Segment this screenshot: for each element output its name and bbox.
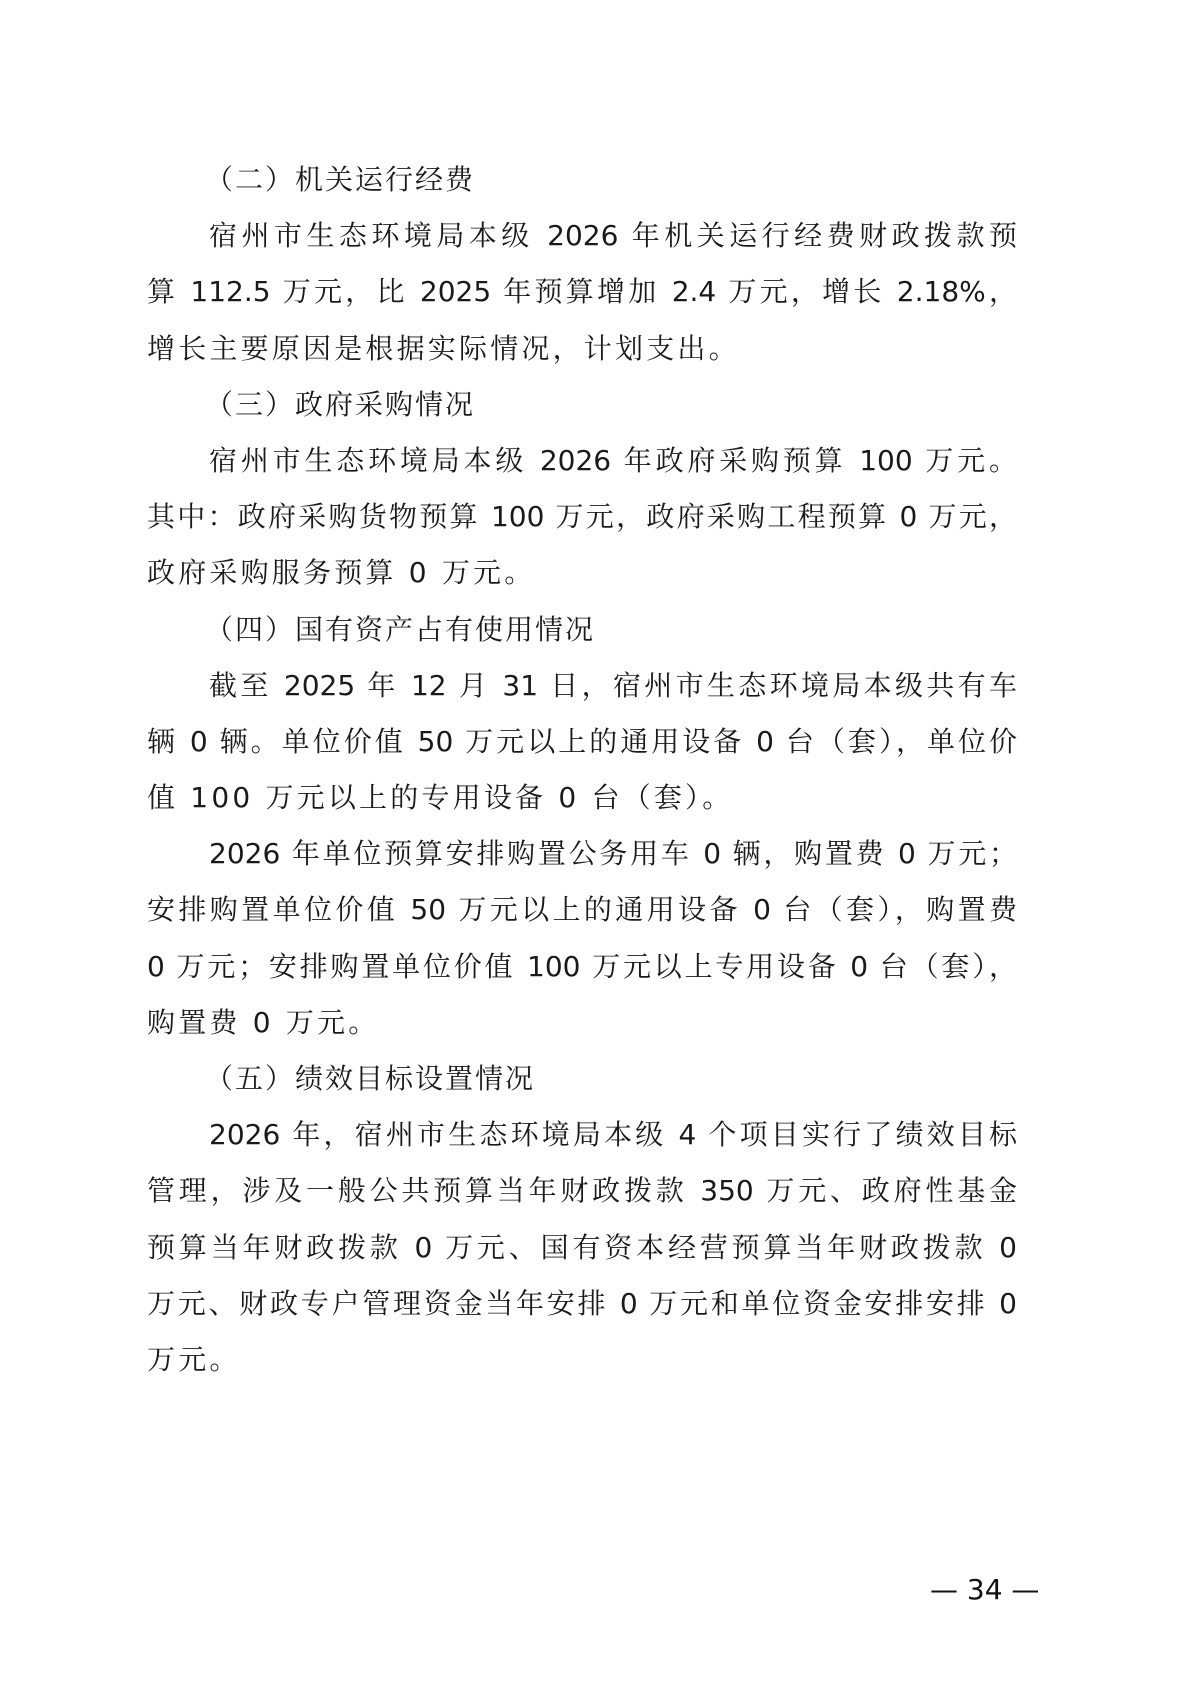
paragraph-operating-costs: 宿州市生态环境局本级 2026 年机关运行经费财政拨款预 算 112.5 万元，…	[147, 208, 1017, 377]
paragraph-procurement: 宿州市生态环境局本级 2026 年政府采购预算 100 万元。 其中：政府采购货…	[147, 433, 1017, 602]
paragraph-line: 购置费 0 万元。	[147, 995, 1017, 1051]
paragraph-line: 政府采购服务预算 0 万元。	[147, 545, 1017, 601]
paragraph-line: 宿州市生态环境局本级 2026 年机关运行经费财政拨款预	[147, 208, 1017, 264]
page-number: — 34 —	[930, 1572, 1039, 1608]
paragraph-line: 其中：政府采购货物预算 100 万元，政府采购工程预算 0 万元，	[147, 489, 1017, 545]
section-heading-procurement: （三）政府采购情况	[147, 377, 1017, 433]
paragraph-asset-purchases: 2026 年单位预算安排购置公务用车 0 辆，购置费 0 万元； 安排购置单位价…	[147, 826, 1017, 1051]
section-heading-state-assets: （四）国有资产占有使用情况	[147, 602, 1017, 658]
paragraph-line: 辆 0 辆。单位价值 50 万元以上的通用设备 0 台（套），单位价	[147, 714, 1017, 770]
paragraph-line: 截至 2025 年 12 月 31 日，宿州市生态环境局本级共有车	[147, 658, 1017, 714]
paragraph-line: 万元。	[147, 1332, 1017, 1388]
paragraph-line: 预算当年财政拨款 0 万元、国有资本经营预算当年财政拨款 0	[147, 1220, 1017, 1276]
paragraph-line: 万元、财政专户管理资金当年安排 0 万元和单位资金安排安排 0	[147, 1276, 1017, 1332]
paragraph-line: 算 112.5 万元，比 2025 年预算增加 2.4 万元，增长 2.18%，	[147, 264, 1017, 320]
paragraph-line: 2026 年，宿州市生态环境局本级 4 个项目实行了绩效目标	[147, 1107, 1017, 1163]
document-page: （二）机关运行经费 宿州市生态环境局本级 2026 年机关运行经费财政拨款预 算…	[147, 152, 1017, 1388]
paragraph-line: 宿州市生态环境局本级 2026 年政府采购预算 100 万元。	[147, 433, 1017, 489]
section-heading-operating-costs: （二）机关运行经费	[147, 152, 1017, 208]
paragraph-performance-goals: 2026 年，宿州市生态环境局本级 4 个项目实行了绩效目标 管理，涉及一般公共…	[147, 1107, 1017, 1388]
paragraph-line: 增长主要原因是根据实际情况，计划支出。	[147, 321, 1017, 377]
section-heading-performance-goals: （五）绩效目标设置情况	[147, 1051, 1017, 1107]
paragraph-line: 0 万元；安排购置单位价值 100 万元以上专用设备 0 台（套），	[147, 939, 1017, 995]
paragraph-state-assets: 截至 2025 年 12 月 31 日，宿州市生态环境局本级共有车 辆 0 辆。…	[147, 658, 1017, 827]
paragraph-line: 管理，涉及一般公共预算当年财政拨款 350 万元、政府性基金	[147, 1163, 1017, 1219]
paragraph-line: 2026 年单位预算安排购置公务用车 0 辆，购置费 0 万元；	[147, 826, 1017, 882]
paragraph-line: 值 100 万元以上的专用设备 0 台（套）。	[147, 770, 1017, 826]
paragraph-line: 安排购置单位价值 50 万元以上的通用设备 0 台（套），购置费	[147, 882, 1017, 938]
